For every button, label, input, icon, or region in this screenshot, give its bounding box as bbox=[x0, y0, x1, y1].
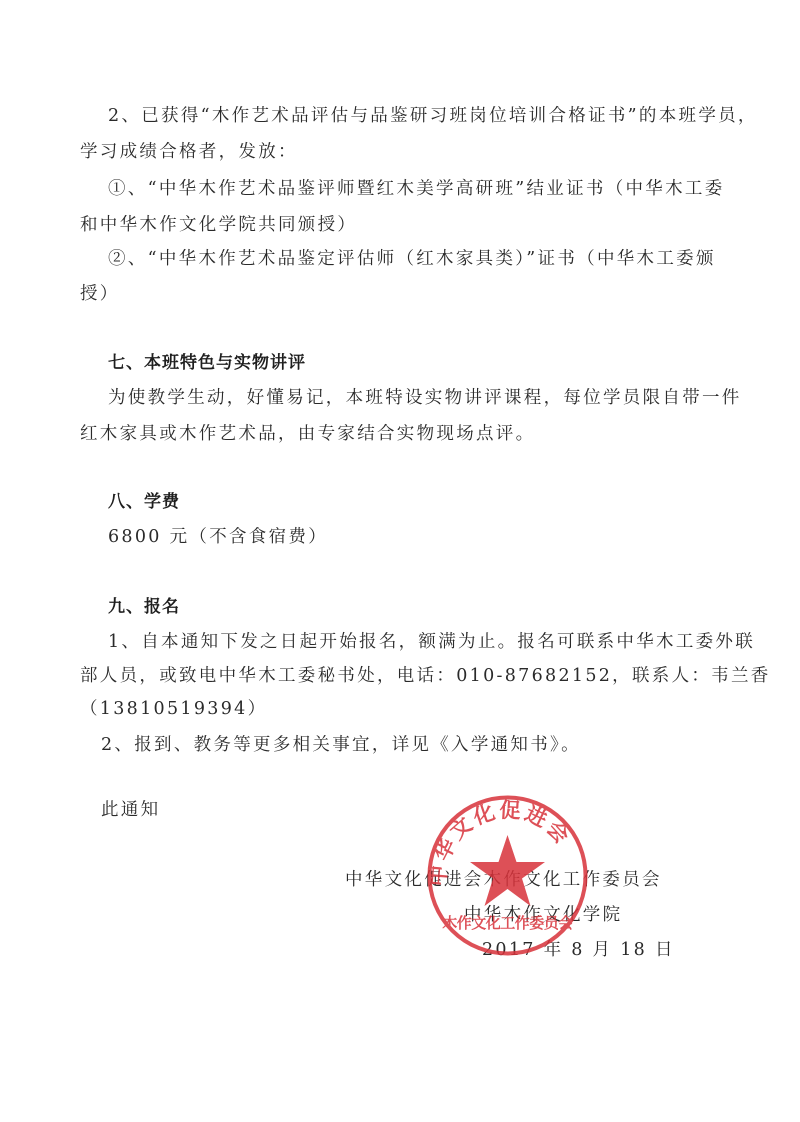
cert1-line1: ①、“中华木作艺术品鉴评师暨红木美学高研班”结业证书（中华木工委 bbox=[108, 177, 725, 201]
cert1-line2: 和中华木作文化学院共同颁授） bbox=[80, 213, 357, 237]
signature-org2: 中华木作文化学院 bbox=[464, 903, 622, 927]
section-9-heading: 九、报名 bbox=[108, 595, 180, 619]
registration-item2: 2、报到、教务等更多相关事宜，详见《入学通知书》。 bbox=[101, 733, 581, 757]
cert2-line1: ②、“中华木作艺术品鉴定评估师（红木家具类）”证书（中华木工委颁 bbox=[108, 247, 716, 271]
closing-text: 此通知 bbox=[101, 798, 160, 822]
signature-date: 2017 年 8 月 18 日 bbox=[482, 938, 675, 962]
signature-org1: 中华文化促进会木作文化工作委员会 bbox=[345, 868, 662, 892]
section-8-heading: 八、学费 bbox=[108, 490, 180, 514]
item2-line2: 学习成绩合格者，发放： bbox=[80, 140, 298, 164]
section-7-heading: 七、本班特色与实物讲评 bbox=[108, 351, 306, 375]
registration-item1-line1: 1、自本通知下发之日起开始报名，额满为止。报名可联系中华木工委外联 bbox=[108, 630, 755, 654]
item2-line1: 2、已获得“木作艺术品评估与品鉴研习班岗位培训合格证书”的本班学员， bbox=[108, 104, 758, 128]
registration-item1-line3: （13810519394） bbox=[80, 697, 267, 721]
registration-item1-line2: 部人员，或致电中华木工委秘书处，电话：010-87682152，联系人：韦兰香 bbox=[80, 664, 771, 688]
cert2-line2: 授） bbox=[80, 282, 120, 306]
document-page: 2、已获得“木作艺术品评估与品鉴研习班岗位培训合格证书”的本班学员， 学习成绩合… bbox=[0, 0, 800, 1122]
section-7-line1: 为使教学生动，好懂易记，本班特设实物讲评课程，每位学员限自带一件 bbox=[108, 386, 742, 410]
section-7-line2: 红木家具或木作艺术品，由专家结合实物现场点评。 bbox=[80, 422, 535, 446]
tuition-fee: 6800 元（不含食宿费） bbox=[108, 525, 328, 549]
